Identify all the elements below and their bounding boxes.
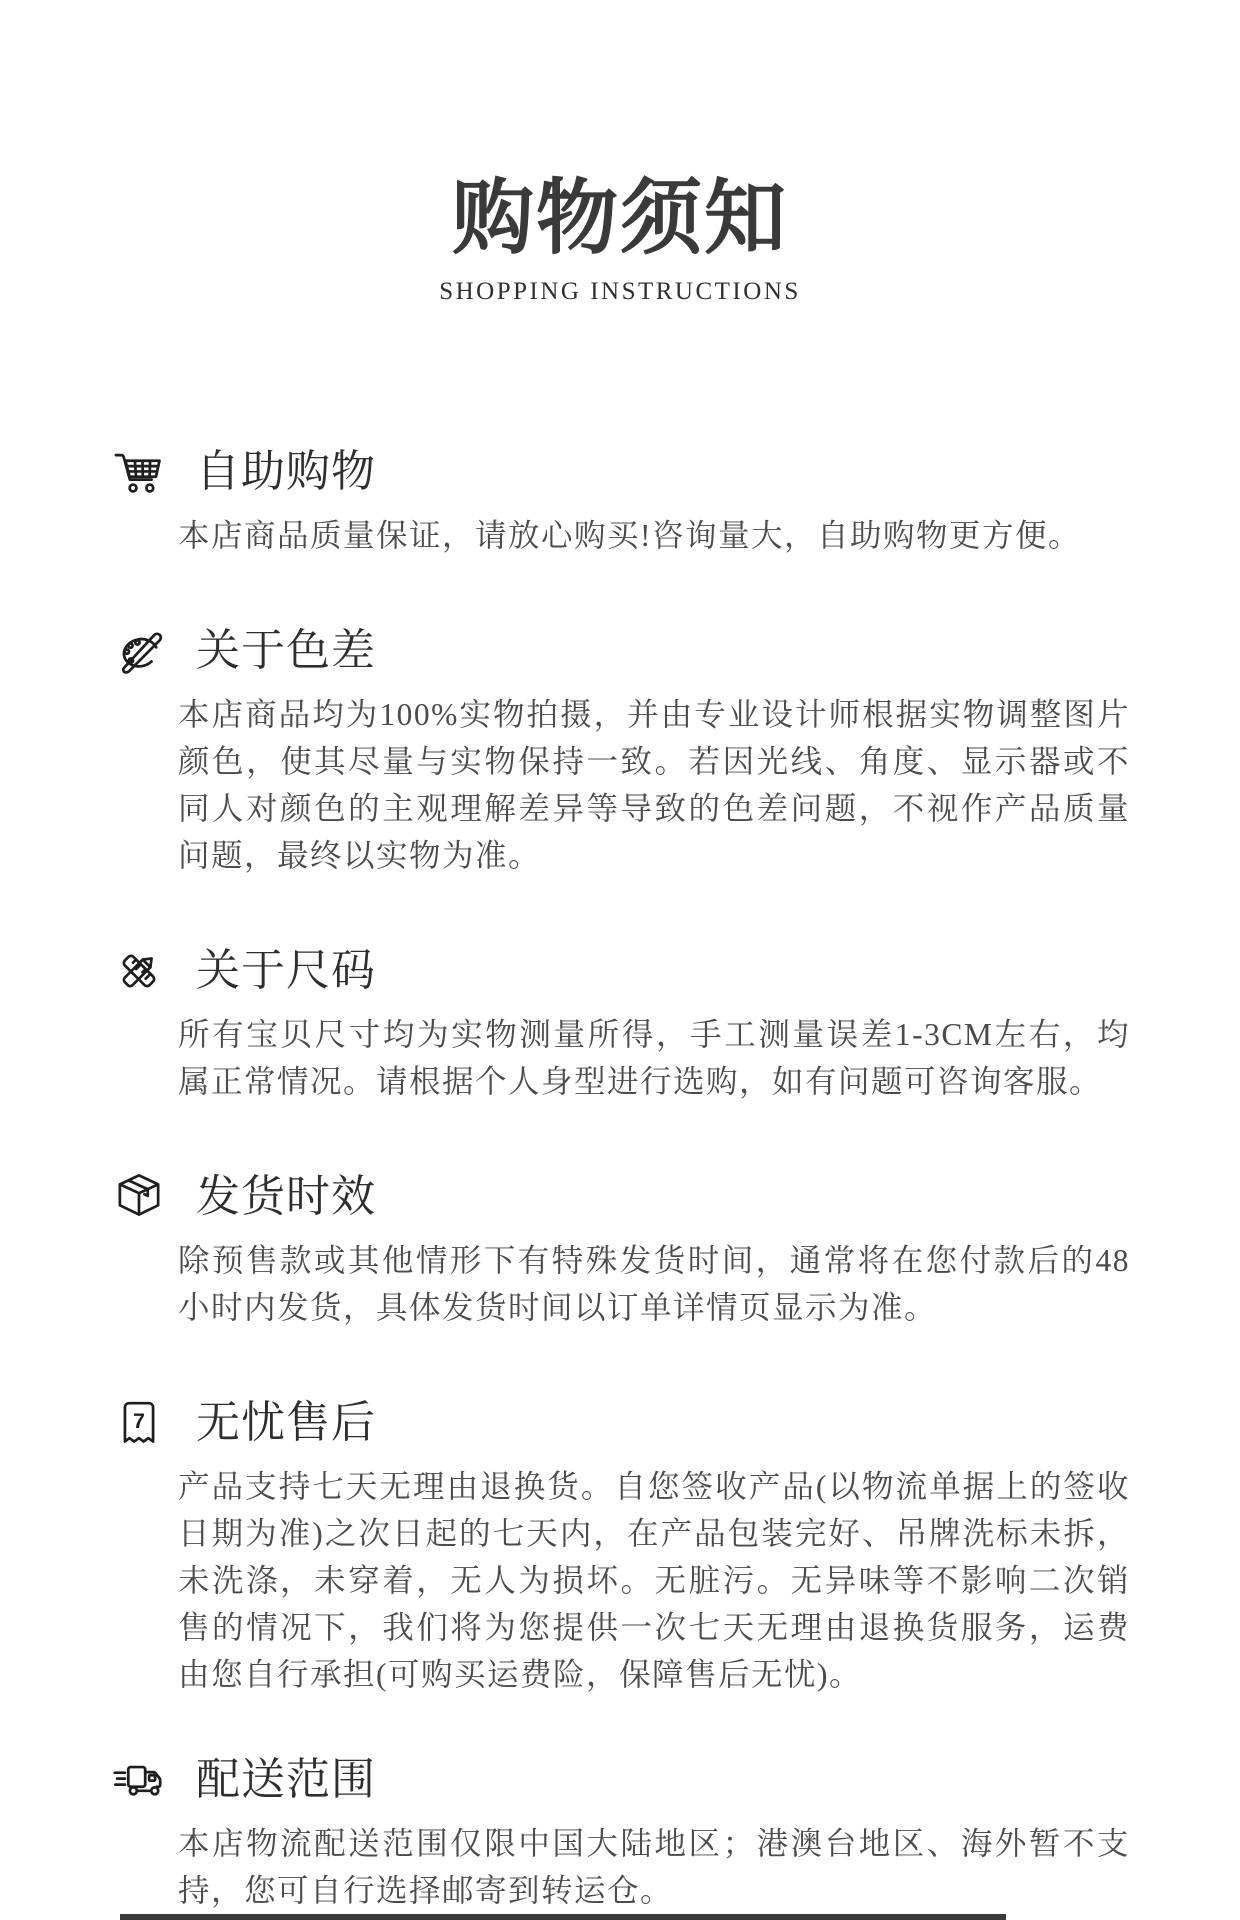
section-body-text: 本店物流配送范围仅限中国大陆地区；港澳台地区、海外暂不支持，您可自行选择邮寄到转… xyxy=(178,1820,1130,1914)
cart-icon xyxy=(112,445,166,499)
instructions-list: 自助购物 本店商品质量保证，请放心购买!咨询量大，自助购物更方便。 关于色差 本… xyxy=(0,444,1240,1914)
section-header: 7 无忧售后 xyxy=(112,1395,1240,1451)
receipt-digit: 7 xyxy=(133,1409,145,1433)
receipt-7-icon: 7 xyxy=(112,1396,166,1450)
section-after-sales: 7 无忧售后 产品支持七天无理由退换货。自您签收产品(以物流单据上的签收日期为准… xyxy=(112,1395,1240,1698)
section-body-text: 本店商品质量保证，请放心购买!咨询量大，自助购物更方便。 xyxy=(178,512,1130,559)
section-title: 关于色差 xyxy=(196,623,376,679)
section-sizing: 关于尺码 所有宝贝尺寸均为实物测量所得，手工测量误差1-3CM左右，均属正常情况… xyxy=(112,943,1240,1105)
section-title: 无忧售后 xyxy=(196,1395,376,1451)
section-title: 关于尺码 xyxy=(196,943,376,999)
section-body-text: 产品支持七天无理由退换货。自您签收产品(以物流单据上的签收日期为准)之次日起的七… xyxy=(178,1463,1130,1698)
section-header: 关于色差 xyxy=(112,623,1240,679)
section-body-text: 除预售款或其他情形下有特殊发货时间，通常将在您付款后的48小时内发货，具体发货时… xyxy=(178,1237,1130,1331)
section-header: 自助购物 xyxy=(112,444,1240,500)
section-title: 自助购物 xyxy=(196,444,376,500)
page-header: 购物须知 SHOPPING INSTRUCTIONS xyxy=(0,0,1240,306)
package-icon xyxy=(112,1170,166,1224)
palette-icon xyxy=(112,624,166,678)
section-header: 关于尺码 xyxy=(112,943,1240,999)
section-title: 发货时效 xyxy=(196,1169,376,1225)
ruler-pencil-icon xyxy=(112,944,166,998)
section-title: 配送范围 xyxy=(196,1752,376,1808)
section-header: 配送范围 xyxy=(112,1752,1240,1808)
page-subtitle: SHOPPING INSTRUCTIONS xyxy=(0,278,1240,306)
section-body-text: 本店商品均为100%实物拍摄，并由专业设计师根据实物调整图片颜色，使其尽量与实物… xyxy=(178,691,1130,879)
section-delivery-range: 配送范围 本店物流配送范围仅限中国大陆地区；港澳台地区、海外暂不支持，您可自行选… xyxy=(112,1752,1240,1914)
section-self-service-shopping: 自助购物 本店商品质量保证，请放心购买!咨询量大，自助购物更方便。 xyxy=(112,444,1240,559)
section-header: 发货时效 xyxy=(112,1169,1240,1225)
section-shipping-time: 发货时效 除预售款或其他情形下有特殊发货时间，通常将在您付款后的48小时内发货，… xyxy=(112,1169,1240,1331)
page-title: 购物须知 xyxy=(0,178,1240,260)
section-color-difference: 关于色差 本店商品均为100%实物拍摄，并由专业设计师根据实物调整图片颜色，使其… xyxy=(112,623,1240,879)
next-section-top-edge xyxy=(120,1914,1006,1920)
truck-icon xyxy=(112,1753,166,1807)
section-body-text: 所有宝贝尺寸均为实物测量所得，手工测量误差1-3CM左右，均属正常情况。请根据个… xyxy=(178,1011,1130,1105)
